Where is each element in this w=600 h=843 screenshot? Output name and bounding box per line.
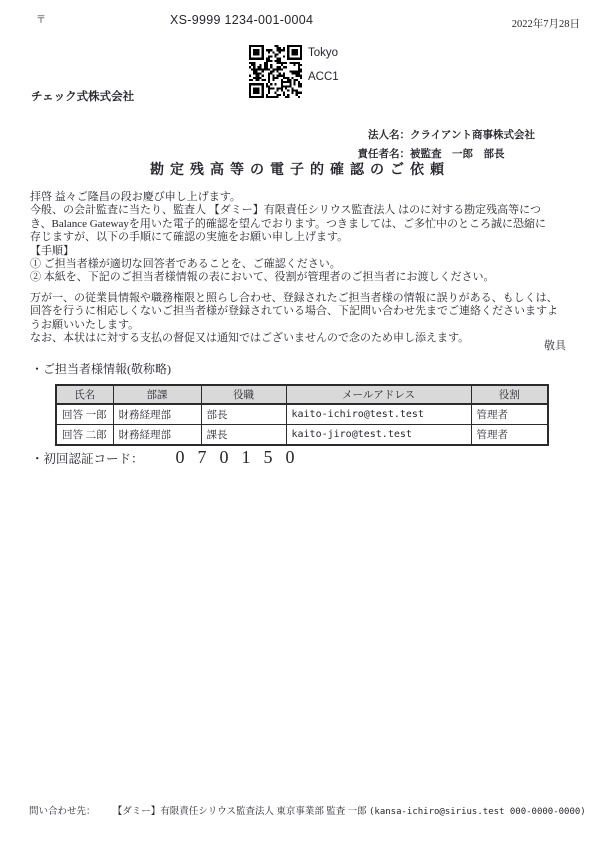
closing-keigu: 敬具: [544, 337, 566, 353]
contacts-section-heading: ・ご担当者様情報(敬称略): [31, 360, 171, 377]
confirmation-letter-page: 〒 XS-9999 1234-001-0004 2022年7月28日 Tokyo…: [0, 0, 600, 843]
body-line: 拝啓 益々ご隆昌の段お慶び申し上げます。: [30, 191, 558, 204]
body-line: うお願いいたします。: [30, 319, 558, 332]
cell-role: 管理者: [471, 425, 548, 446]
col-header-position: 役職: [201, 385, 286, 404]
cell-position: 部長: [201, 404, 286, 425]
page-title: 勘定残高等の電子的確認のご依頼: [0, 159, 600, 179]
body-line: 今般、の会計監査に当たり、監査人 【ダミー】有限責任シリウス監査法人 はのに対す…: [30, 204, 558, 217]
body-line: ① ご担当者様が適切な回答者であることを、ご確認ください。: [30, 258, 558, 271]
letter-body: 拝啓 益々ご隆昌の段お慶び申し上げます。 今般、の会計監査に当たり、監査人 【ダ…: [30, 191, 558, 345]
footer-contact-line: 問い合わせ先：【ダミー】有限責任シリウス監査法人 東京事業部 監査 一郎 (ka…: [29, 803, 586, 817]
col-header-role: 役割: [471, 385, 548, 404]
body-line: なお、本状はに対する支払の督促又は通知ではございませんので念のため申し添えます。: [30, 332, 558, 345]
col-header-email: メールアドレス: [286, 385, 471, 404]
cell-department: 財務経理部: [113, 404, 201, 425]
body-line: 万が一、の従業員情報や職務権限と照らし合わせ、登録されたご担当者様の情報に誤りが…: [30, 292, 558, 305]
auth-code-value: 070150: [176, 447, 308, 468]
qr-label-office: Tokyo: [308, 47, 338, 59]
cell-name: 回答 一郎: [56, 404, 113, 425]
body-line: 【手順】: [30, 245, 558, 258]
auth-code-row: ・初回認証コード： 070150: [31, 447, 308, 468]
postal-mark: 〒: [36, 11, 46, 26]
col-header-department: 部課: [113, 385, 201, 404]
cell-role: 管理者: [471, 404, 548, 425]
contacts-table: 氏名 部課 役職 メールアドレス 役割 回答 一郎 財務経理部 部長 kaito…: [55, 384, 549, 446]
company-name-label: 法人名：: [336, 126, 410, 145]
qr-code: [249, 45, 302, 98]
footer-label: 問い合わせ先：: [29, 807, 96, 817]
cell-name: 回答 二郎: [56, 425, 113, 446]
document-number: XS-9999 1234-001-0004: [170, 13, 313, 27]
footer-auditor-name: 【ダミー】有限責任シリウス監査法人 東京事業部 監査 一郎: [118, 807, 367, 817]
cell-department: 財務経理部: [113, 425, 201, 446]
col-header-name: 氏名: [56, 385, 113, 404]
auth-code-label: ・初回認証コード：: [31, 449, 144, 467]
addressee-company-row: 法人名： クライアント商事株式会社: [336, 126, 535, 145]
company-name-value: クライアント商事株式会社: [410, 126, 535, 145]
footer-contact-details: (kansa-ichiro@sirius.test 000-0000-0000): [369, 807, 586, 817]
body-line: 存じますが、以下の手順にて確認の実施をお願い申し上げます。: [30, 231, 558, 244]
table-header-row: 氏名 部課 役職 メールアドレス 役割: [56, 385, 548, 404]
qr-label-code: ACC1: [308, 71, 339, 83]
sender-company-name: チェック式株式会社: [31, 88, 134, 104]
table-row: 回答 一郎 財務経理部 部長 kaito-ichiro@test.test 管理…: [56, 404, 548, 425]
body-line: き、Balance Gatewayを用いた電子的確認を望んでおります。つきまして…: [30, 218, 558, 231]
cell-position: 課長: [201, 425, 286, 446]
table-row: 回答 二郎 財務経理部 課長 kaito-jiro@test.test 管理者: [56, 425, 548, 446]
body-line: 回答を行うに相応しくないご担当者様が登録されている場合、下記問い合わせ先までご連…: [30, 305, 558, 318]
document-date: 2022年7月28日: [512, 16, 580, 31]
cell-email: kaito-jiro@test.test: [286, 425, 471, 446]
cell-email: kaito-ichiro@test.test: [286, 404, 471, 425]
body-line: ② 本紙を、下記のご担当者様情報の表において、役割が管理者のご担当者にお渡しくだ…: [30, 271, 558, 284]
